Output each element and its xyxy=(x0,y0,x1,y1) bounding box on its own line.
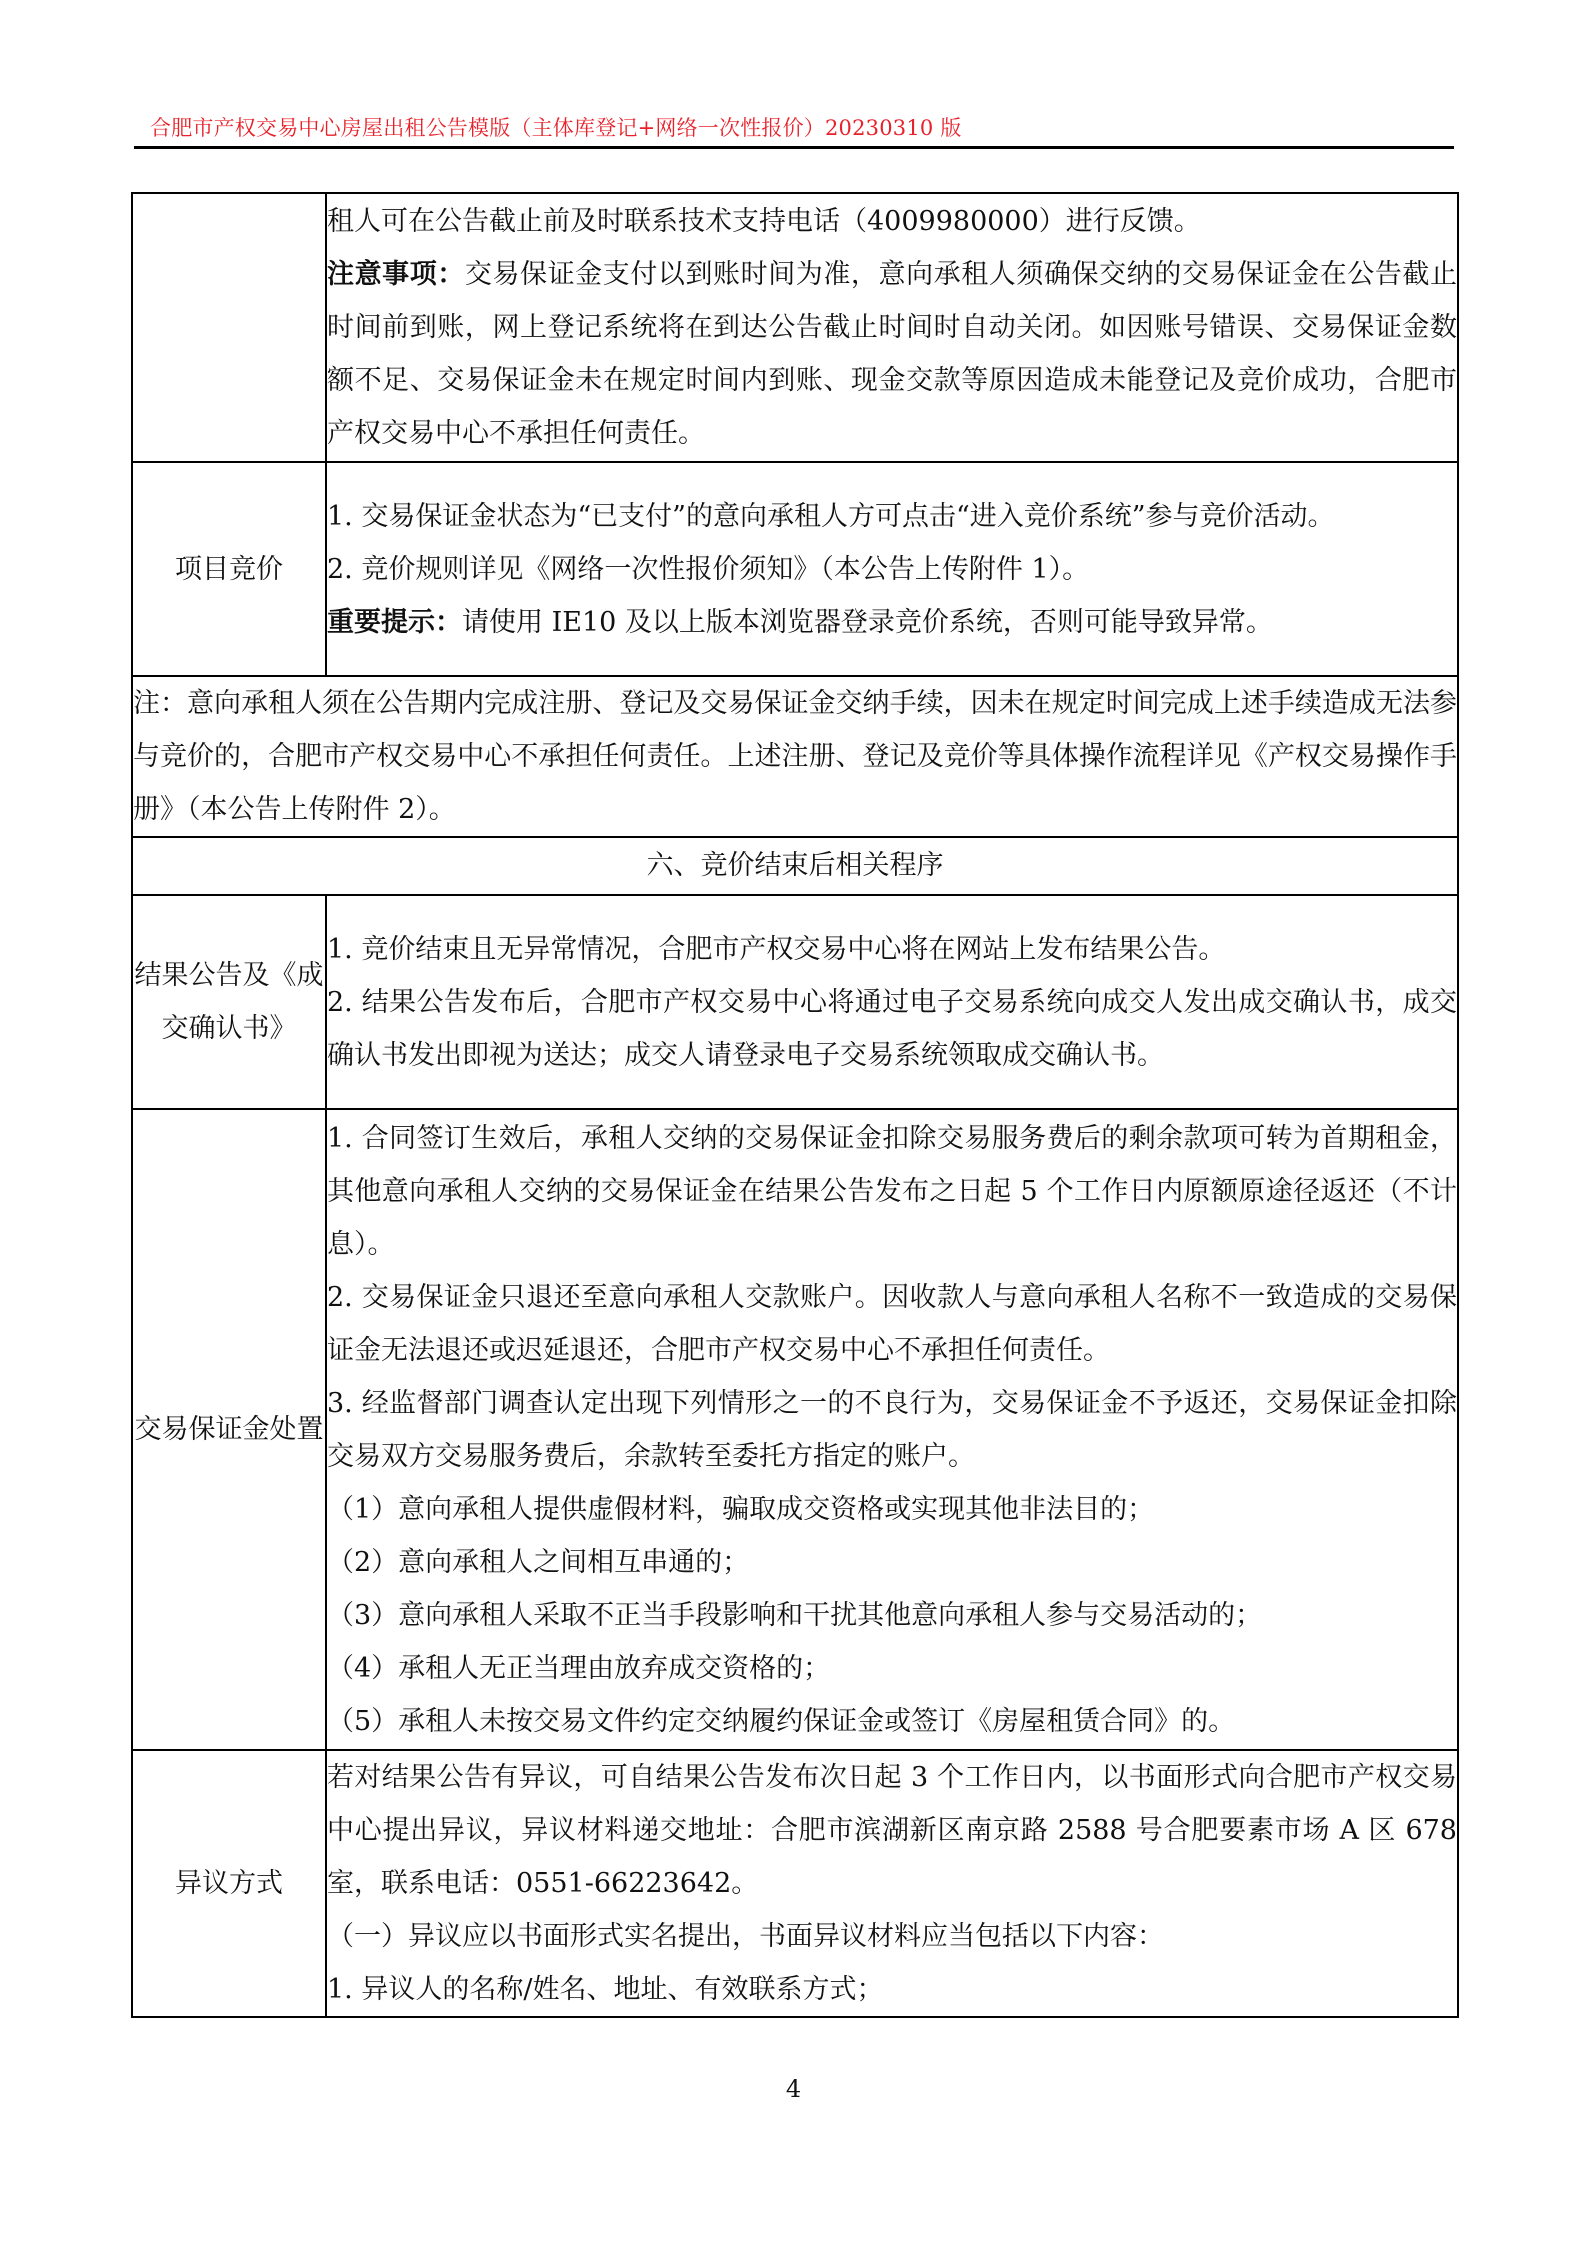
section-6-title: 六、竞价结束后相关程序 xyxy=(132,837,1458,895)
deposit-subitem-1: （1）意向承租人提供虚假材料，骗取成交资格或实现其他非法目的； xyxy=(327,1483,1457,1536)
objection-intro: 若对结果公告有异议，可自结果公告发布次日起 3 个工作日内，以书面形式向合肥市产… xyxy=(327,1751,1457,1910)
result-notice-item-1: 1. 竞价结束且无异常情况，合肥市产权交易中心将在网站上发布结果公告。 xyxy=(327,923,1457,976)
support-phone-text: 租人可在公告截止前及时联系技术支持电话（4009980000）进行反馈。 xyxy=(327,195,1457,248)
row-content-objection: 若对结果公告有异议，可自结果公告发布次日起 3 个工作日内，以书面形式向合肥市产… xyxy=(326,1750,1458,2017)
deposit-subitem-2: （2）意向承租人之间相互串通的； xyxy=(327,1536,1457,1589)
row-label-deposit: 交易保证金处置 xyxy=(132,1109,326,1750)
row-content-deposit: 1. 合同签订生效后，承租人交纳的交易保证金扣除交易服务费后的剩余款项可转为首期… xyxy=(326,1109,1458,1750)
row-label-result-notice: 结果公告及《成交确认书》 xyxy=(132,895,326,1109)
document-header-title: 合肥市产权交易中心房屋出租公告模版（主体库登记+网络一次性报价）20230310… xyxy=(150,112,962,142)
deposit-item-2: 2. 交易保证金只退还至意向承租人交款账户。因收款人与意向承租人名称不一致造成的… xyxy=(327,1271,1457,1377)
row-label-objection: 异议方式 xyxy=(132,1750,326,2017)
bidding-item-1: 1. 交易保证金状态为“已支付”的意向承租人方可点击“进入竞价系统”参与竞价活动… xyxy=(327,490,1457,543)
result-notice-item-2: 2. 结果公告发布后，合肥市产权交易中心将通过电子交易系统向成交人发出成交确认书… xyxy=(327,976,1457,1082)
row-label-bidding: 项目竞价 xyxy=(132,462,326,676)
table-row-continuation: 租人可在公告截止前及时联系技术支持电话（4009980000）进行反馈。 注意事… xyxy=(132,193,1458,462)
objection-item-1: 1. 异议人的名称/姓名、地址、有效联系方式； xyxy=(327,1963,1457,2016)
important-tip-text: 请使用 IE10 及以上版本浏览器登录竞价系统，否则可能导致异常。 xyxy=(462,607,1273,638)
deposit-item-1: 1. 合同签订生效后，承租人交纳的交易保证金扣除交易服务费后的剩余款项可转为首期… xyxy=(327,1112,1457,1271)
header-divider xyxy=(134,146,1454,149)
notice-bold-label: 注意事项： xyxy=(327,259,465,290)
deposit-item-3: 3. 经监督部门调查认定出现下列情形之一的不良行为，交易保证金不予返还，交易保证… xyxy=(327,1377,1457,1483)
table-row-deposit: 交易保证金处置 1. 合同签订生效后，承租人交纳的交易保证金扣除交易服务费后的剩… xyxy=(132,1109,1458,1750)
deposit-subitem-5: （5）承租人未按交易文件约定交纳履约保证金或签订《房屋租赁合同》的。 xyxy=(327,1695,1457,1748)
registration-note: 注：意向承租人须在公告期内完成注册、登记及交易保证金交纳手续，因未在规定时间完成… xyxy=(132,676,1458,837)
row-content-result-notice: 1. 竞价结束且无异常情况，合肥市产权交易中心将在网站上发布结果公告。 2. 结… xyxy=(326,895,1458,1109)
row-content-bidding: 1. 交易保证金状态为“已支付”的意向承租人方可点击“进入竞价系统”参与竞价活动… xyxy=(326,462,1458,676)
page-number: 4 xyxy=(0,2075,1587,2103)
row-content-continuation: 租人可在公告截止前及时联系技术支持电话（4009980000）进行反馈。 注意事… xyxy=(326,193,1458,462)
deposit-subitem-4: （4）承租人无正当理由放弃成交资格的； xyxy=(327,1642,1457,1695)
announcement-table: 租人可在公告截止前及时联系技术支持电话（4009980000）进行反馈。 注意事… xyxy=(131,192,1459,2018)
notice-paragraph: 注意事项：交易保证金支付以到账时间为准，意向承租人须确保交纳的交易保证金在公告截… xyxy=(327,248,1457,460)
notice-text: 交易保证金支付以到账时间为准，意向承租人须确保交纳的交易保证金在公告截止时间前到… xyxy=(327,259,1457,449)
table-row-note: 注：意向承租人须在公告期内完成注册、登记及交易保证金交纳手续，因未在规定时间完成… xyxy=(132,676,1458,837)
row-label-empty xyxy=(132,193,326,462)
table-row-objection: 异议方式 若对结果公告有异议，可自结果公告发布次日起 3 个工作日内，以书面形式… xyxy=(132,1750,1458,2017)
deposit-subitem-3: （3）意向承租人采取不正当手段影响和干扰其他意向承租人参与交易活动的； xyxy=(327,1589,1457,1642)
objection-requirement: （一）异议应以书面形式实名提出，书面异议材料应当包括以下内容： xyxy=(327,1910,1457,1963)
bidding-item-2: 2. 竞价规则详见《网络一次性报价须知》（本公告上传附件 1）。 xyxy=(327,543,1457,596)
table-row-bidding: 项目竞价 1. 交易保证金状态为“已支付”的意向承租人方可点击“进入竞价系统”参… xyxy=(132,462,1458,676)
important-tip-label: 重要提示： xyxy=(327,607,462,638)
bidding-important-tip: 重要提示：请使用 IE10 及以上版本浏览器登录竞价系统，否则可能导致异常。 xyxy=(327,596,1457,649)
table-row-section-header: 六、竞价结束后相关程序 xyxy=(132,837,1458,895)
table-row-result-notice: 结果公告及《成交确认书》 1. 竞价结束且无异常情况，合肥市产权交易中心将在网站… xyxy=(132,895,1458,1109)
